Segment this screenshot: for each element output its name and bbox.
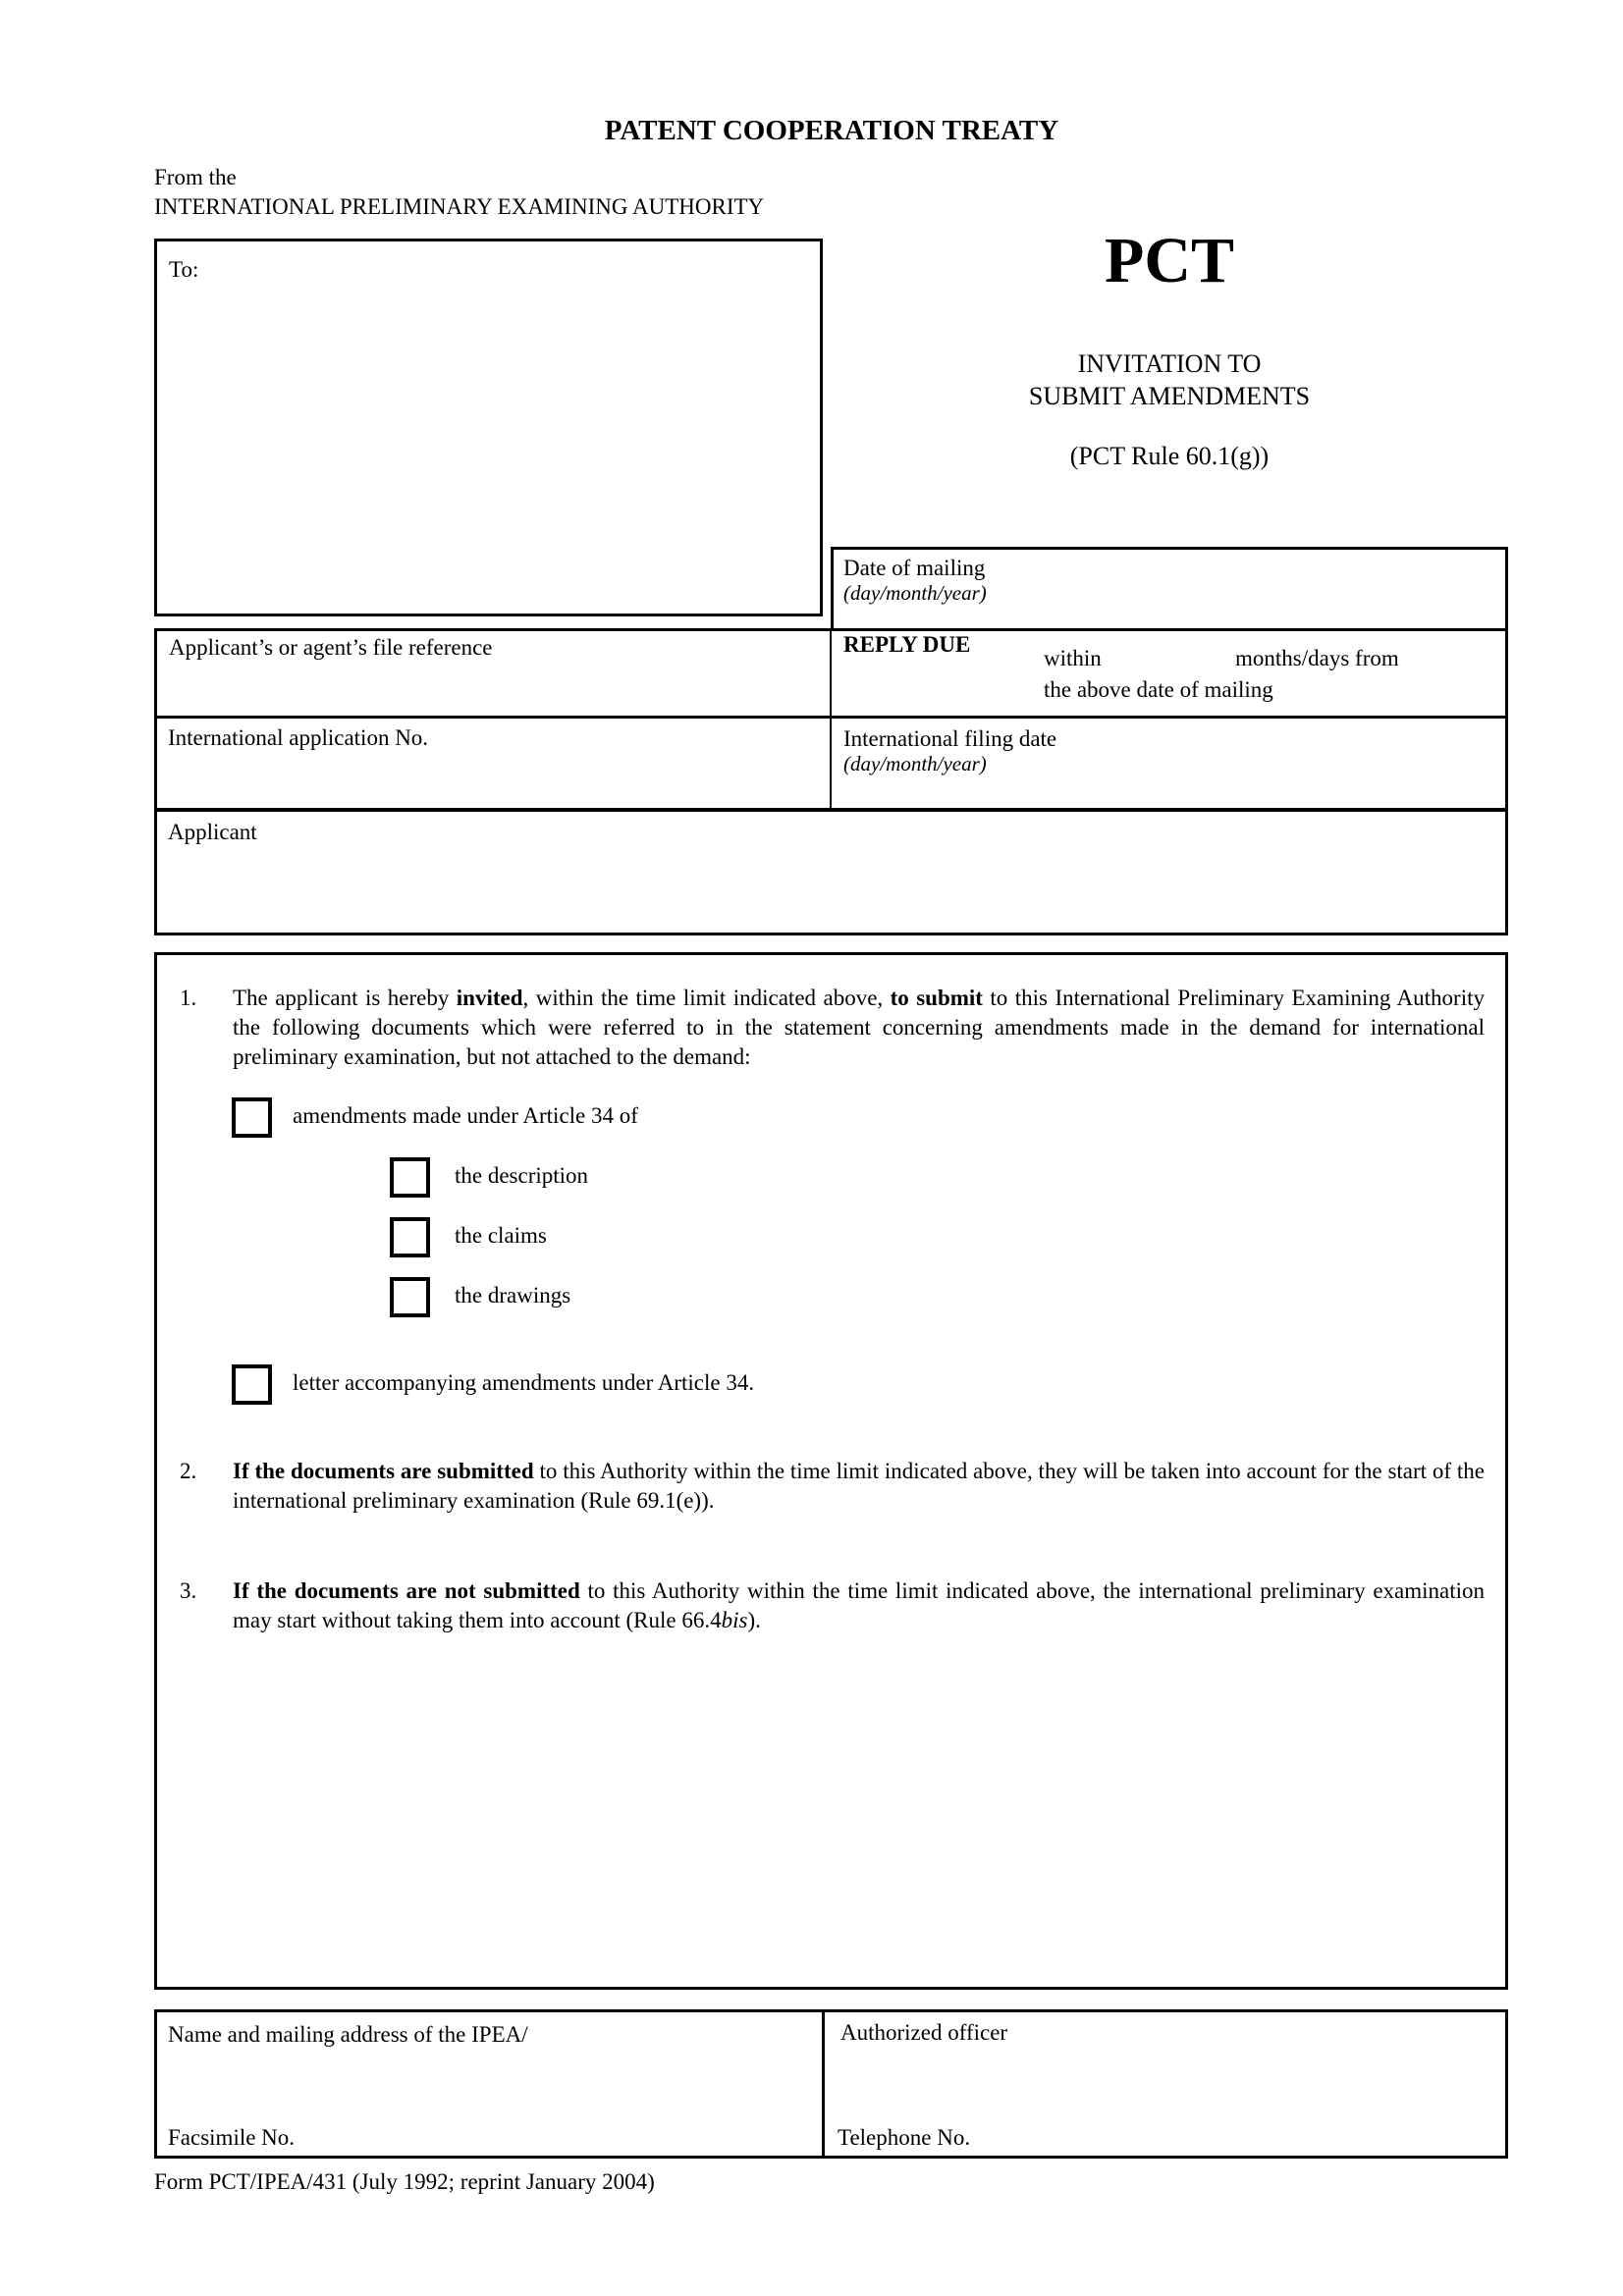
- file-reference-label: Applicant’s or agent’s file reference: [169, 635, 493, 661]
- item-1-emphasis-submit: to submit: [891, 986, 983, 1010]
- description-label: the description: [455, 1163, 588, 1189]
- filing-date-label: International filing date: [843, 726, 1056, 752]
- date-of-mailing-hint: (day/month/year): [843, 580, 987, 606]
- item-3-text-part: ).: [747, 1608, 760, 1632]
- file-reference-input[interactable]: [169, 667, 821, 709]
- letter-checkbox[interactable]: [232, 1364, 272, 1405]
- item-number-2: 2.: [180, 1457, 196, 1486]
- item-number-3: 3.: [180, 1576, 196, 1606]
- item-2-emphasis: If the documents are submitted: [233, 1459, 534, 1483]
- application-no-input[interactable]: [169, 758, 821, 799]
- drawings-checkbox[interactable]: [390, 1277, 430, 1317]
- footer-column-divider: [822, 2009, 825, 2159]
- form-title-line-1: INVITATION TO: [831, 349, 1508, 379]
- reply-due-units: months/days from: [1235, 646, 1399, 671]
- facsimile-label: Facsimile No.: [168, 2125, 295, 2151]
- item-1-text-part: The applicant is hereby: [233, 986, 457, 1010]
- amendments-article34-label: amendments made under Article 34 of: [293, 1103, 638, 1129]
- form-title-line-2: SUBMIT AMENDMENTS: [831, 382, 1508, 411]
- to-address-input[interactable]: [169, 290, 811, 608]
- item-1-emphasis-invited: invited: [457, 986, 523, 1010]
- form-identifier: Form PCT/IPEA/431 (July 1992; reprint Ja…: [154, 2169, 655, 2195]
- applicant-label: Applicant: [168, 820, 257, 845]
- claims-label: the claims: [455, 1223, 547, 1249]
- amendments-article34-checkbox[interactable]: [232, 1097, 272, 1138]
- ipea-address-label: Name and mailing address of the IPEA/: [168, 2022, 528, 2048]
- telephone-label: Telephone No.: [838, 2125, 970, 2151]
- drawings-label: the drawings: [455, 1283, 570, 1308]
- pct-acronym: PCT: [831, 224, 1508, 298]
- item-1-text: The applicant is hereby invited, within …: [233, 984, 1485, 1072]
- description-checkbox[interactable]: [390, 1157, 430, 1198]
- reply-due-within: within: [1044, 646, 1102, 671]
- application-no-label: International application No.: [168, 725, 428, 751]
- reply-due-label: REPLY DUE: [843, 632, 970, 658]
- item-3-text: If the documents are not submitted to th…: [233, 1576, 1485, 1635]
- item-2-text: If the documents are submitted to this A…: [233, 1457, 1485, 1516]
- pct-rule-reference: (PCT Rule 60.1(g)): [831, 442, 1508, 471]
- reply-due-tail: the above date of mailing: [1044, 677, 1273, 703]
- item-3-italic-bis: bis: [722, 1608, 748, 1632]
- letter-label: letter accompanying amendments under Art…: [293, 1370, 754, 1396]
- filing-date-hint: (day/month/year): [843, 751, 987, 776]
- item-1-text-part: , within the time limit indicated above,: [523, 986, 891, 1010]
- date-of-mailing-label: Date of mailing: [843, 556, 985, 581]
- item-3-emphasis: If the documents are not submitted: [233, 1578, 580, 1603]
- item-number-1: 1.: [180, 984, 196, 1013]
- authorized-officer-label: Authorized officer: [840, 2020, 1007, 2046]
- to-label: To:: [169, 257, 198, 283]
- from-line-1: From the: [154, 165, 237, 190]
- filing-date-input[interactable]: [982, 771, 1496, 806]
- claims-checkbox[interactable]: [390, 1217, 430, 1257]
- applicant-input[interactable]: [169, 854, 1498, 915]
- table-column-divider: [830, 628, 832, 811]
- reply-due-period-input[interactable]: [1114, 644, 1231, 673]
- from-authority: INTERNATIONAL PRELIMINARY EXAMINING AUTH…: [154, 194, 764, 220]
- treaty-title: PATENT COOPERATION TREATY: [0, 114, 1623, 147]
